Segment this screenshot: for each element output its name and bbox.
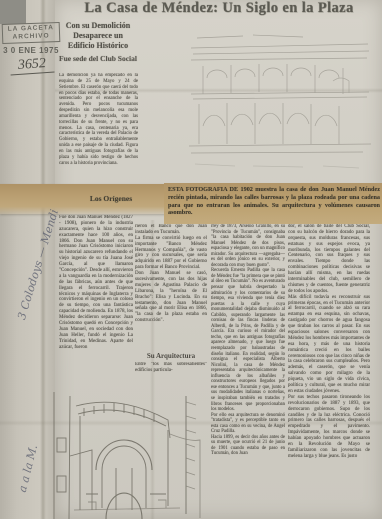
lede-paragraph: La demolición ya ha empezado en la esqui…: [59, 73, 138, 185]
scan-corner-shadow: [0, 0, 26, 24]
stamp-dept: ARCHIVO: [13, 32, 50, 40]
section-title-architecture: Su Arquitectura: [135, 352, 207, 360]
body-column-4: dor, el salón de baile del Club Social, …: [288, 224, 370, 516]
archive-stamp-box: LA GACETA ARCHIVO: [2, 22, 61, 44]
photo-caption: ESTA FOTOGRAFIA DE 1902 muestra la casa …: [168, 186, 380, 222]
house-sketch-drawing: [40, 386, 205, 519]
body-column-2-continued: Entre "los más sobresalientes" edificios…: [135, 362, 207, 386]
subhead-main: Con su Demolición Desaparece un Edificio…: [59, 21, 137, 51]
handwritten-archive-number: 3652: [9, 56, 54, 76]
subhead-secondary: Fue sede del Club Social: [59, 54, 137, 64]
body-column-1: Fue don Juan Manuel Méndez (1827 - 1908)…: [59, 215, 133, 387]
archive-stamp: LA GACETA ARCHIVO 3 0 ENE 1975 3652: [2, 23, 60, 85]
subhead-block: Con su Demolición Desaparece un Edificio…: [59, 21, 137, 64]
stamp-date: 3 0 ENE 1975: [2, 46, 60, 55]
facade-photo-sketch: [183, 26, 382, 181]
stamp-name: LA GACETA: [8, 24, 54, 33]
newspaper-clipping-scan: La Casa de Méndez: Un Siglo en la Plaza …: [0, 0, 382, 519]
article-headline: La Casa de Méndez: Un Siglo en la Plaza: [56, 0, 382, 20]
section-title-origins: Los Orígenes: [59, 194, 163, 203]
faded-facade-photo: [183, 26, 382, 181]
house-corner-sketch: [40, 386, 205, 519]
body-column-2: rieron el Banco que don Juan instalado e…: [135, 224, 207, 350]
body-column-3: rrey de 1873, Arsenio Granillo, en su "P…: [211, 224, 285, 516]
